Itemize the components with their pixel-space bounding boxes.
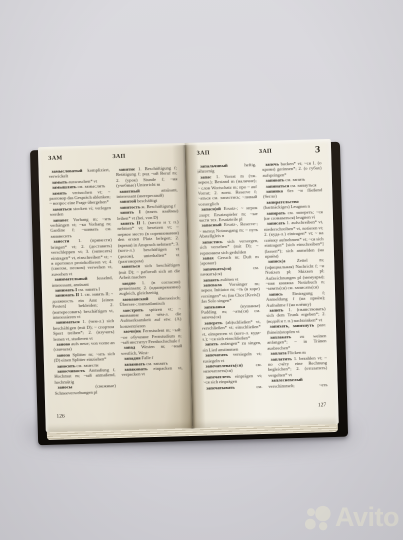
running-head-left: ЗАП [197, 149, 260, 162]
dictionary-entry: занимать II 1. см. занять II; ~ должност… [52, 291, 114, 320]
dictionary-entry: записать 1. aufschreiben* vt, niederschr… [264, 220, 324, 259]
dictionary-entry: занести 1. (принести) bringen* vt; 2. (д… [50, 237, 112, 277]
right-page: ЗАП ЗАП З запальчивый heftig, jähzornigз… [184, 139, 338, 428]
dictionary-entry: заплатить 1. bezahlen vt; ~ по счёту ein… [268, 355, 328, 378]
running-heads: ЗАП ЗАП З [197, 147, 322, 161]
dictionary-entry: заочн|ик Fernstudent m; ~ый: ~ое обучени… [120, 327, 182, 345]
running-head-right: ЗАП [112, 152, 177, 165]
dictionary-entry: запастись sich versorgen, sich versehen*… [199, 238, 259, 256]
dictionary-entry: запасн|ой Ersatz-; ~ игрок спорт. Ersatz… [198, 205, 258, 223]
watermark-text: Avito [335, 502, 399, 533]
dictionary-entry: занять II 1. (место и т. п.) nehmen* vt;… [117, 219, 179, 264]
dictionary-entry: заниматься 1. (чем-л.) sich beschäftigen… [53, 318, 115, 341]
dictionary-column: запечь backen* vt; ~ся 1. (о крови) geri… [262, 160, 328, 390]
dictionary-entry: запаковать einpacken vt, verpacken vt [121, 365, 183, 378]
dictionary-entry: занятие 1. Beschäftigung f; Betätigung f… [116, 165, 178, 188]
dictionary-entry: заострить spitzen vt; ~ внимание на чём-… [120, 306, 182, 329]
dictionary-entry: заносы (снежные) Schneeverwehungen pl [55, 383, 117, 396]
page-number: 126 [56, 414, 64, 420]
dictionary-entry: заплесневелый verschimmelt; ~еть verschi… [268, 376, 328, 389]
running-heads: ЗАМ ЗАП [48, 152, 177, 167]
dictionary-entry: запись Eintragung f; Anmeldung f (на при… [266, 290, 326, 308]
dictionary-entry: запеканка (кушанье) Pudding m; ~ать(ся) … [201, 303, 261, 321]
dictionary-entry: запасный Ersatz-, Reserve-; ~ выход Nota… [199, 222, 259, 240]
running-head-left: ЗАМ [48, 154, 113, 167]
dictionary-entry: запить 1. (пьянствовать) sich dem Trunk … [266, 306, 326, 324]
book: ЗАМ ЗАП замысловатый kompliziert, verwic… [30, 139, 348, 446]
photo-background: ЗАМ ЗАП замысловатый kompliziert, verwic… [0, 0, 403, 540]
section-letter: З [315, 145, 320, 155]
dictionary-entry: замять vertuschen vt; ~ разговор das Ges… [49, 189, 111, 207]
dictionary-entry: занавес Vorhang m; ~ить verhängen vt; ~к… [50, 216, 112, 239]
dictionary-entry: запечь backen* vt; ~ся 1. (о крови) geri… [262, 160, 322, 178]
dictionary-entry: записк|а Zettel m; (официальная) Nachric… [265, 258, 325, 292]
dictionary-column: замысловатый kompliziert, verwickeltзамы… [49, 167, 117, 397]
dictionary-entry: запас 1. Vorrat m (тж. перен.); Bestand … [197, 173, 257, 207]
dictionary-entry: запереть (ab)schließen* vt, verschließen… [201, 319, 261, 342]
dictionary-entry: заняться sich beschäftigen (mit D); ~ ра… [118, 263, 180, 281]
running-head-right: ЗАП [259, 147, 322, 160]
dictionary-entry: запечатывать см. запечатать [203, 384, 262, 392]
dictionary-entry: заносчивость Anmaßung f, Hochmut m; ~ый … [54, 367, 116, 385]
dictionary-entry: заноза Splitter m; ~ить sich (D) einen S… [54, 351, 116, 364]
dictionary-entry: запевала Vorsänger m; перен. Initiator m… [200, 281, 260, 304]
open-pages: ЗАМ ЗАП замысловатый kompliziert, verwic… [38, 139, 339, 432]
dictionary-entry: заодно 1. (в согласии) gemeinsam; 2. (од… [119, 279, 181, 297]
page-number: 127 [318, 402, 326, 408]
dictionary-entry: заплакать zu weinen anfangen*; ~ in Trän… [267, 333, 327, 351]
dictionary-column: запальчивый heftig, jähzornigзапас 1. Vo… [197, 162, 263, 392]
dictionary-column: занятие 1. Beschäftigung f; Betätigung f… [116, 165, 184, 395]
left-page: ЗАМ ЗАП замысловатый kompliziert, verwic… [38, 143, 192, 432]
avito-watermark: Avito [304, 502, 399, 533]
avito-logo-icon [304, 504, 332, 532]
